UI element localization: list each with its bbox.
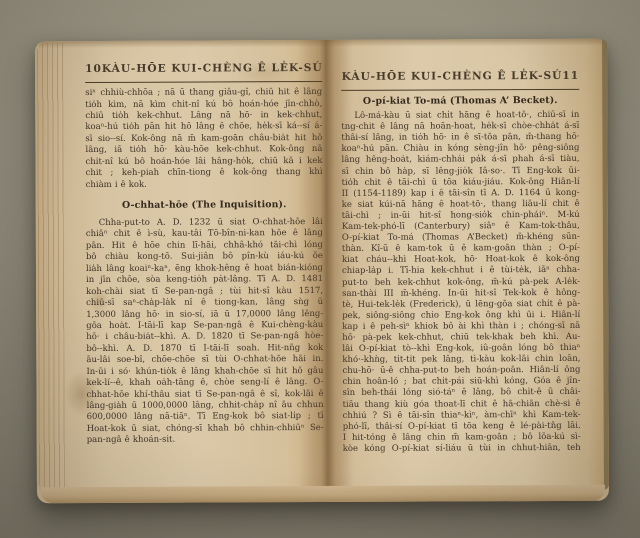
text-line: hō· i châu-bia̍t--khì. A. D. 1820 tī Se-…: [86, 331, 323, 343]
text-line: chiàm i ê kok.: [86, 179, 323, 191]
text-line: sī chin bô ha̍p, sī lêng-jio̍k Iâ-so·. T…: [342, 165, 580, 177]
left-header-rule: [85, 80, 322, 83]
text-line: tio̍h chit ê tāi-chì ū tōa kiáu-jiáu. Ko…: [342, 177, 580, 189]
photo-background: { "colors": { "background": "#8d8879", "…: [0, 0, 640, 538]
left-continuation-paragraph: siⁿ chhiù-chhōa ; nā ū thang giâu-gî, ch…: [85, 87, 322, 191]
text-line: kek-lí--ê, khah oa̍h-tāng ê, chòe seng-l…: [86, 377, 323, 389]
text-line: bô chiàu kong-tō. Sui-jiân bô pîn-kù iáu…: [86, 251, 323, 263]
text-line: kòe kóng O-pí-kiat sí-liáu ū tùi in chhu…: [343, 443, 581, 455]
left-page-edges: [37, 43, 65, 491]
right-running-title: KÀU-HŌE KUI-CHÈNG Ê LE̍K-SÚ: [342, 70, 563, 83]
left-page-number: 10: [85, 63, 102, 75]
right-page-text-column: KÀU-HŌE KUI-CHÈNG Ê LE̍K-SÚ 11 O-pí-kiat…: [341, 70, 581, 455]
right-paragraph: Lô-má-kàu ū siat chi̍t hāng ê hoat-tō·, …: [341, 110, 580, 455]
text-line: I hit-tóng ê lâng chin m̄ kam-goān ; bô …: [343, 432, 581, 444]
text-line: tiāu thang kiù góa thoat-lī chit ê hā-ch…: [343, 398, 581, 410]
text-line: II (1154-1189) kap i ê tāi-sîn tī A. D. …: [342, 188, 580, 200]
right-page-number: 11: [562, 70, 579, 82]
text-line: chhiú ? Sì ê tāi-sîn thiaⁿ-kìⁿ, àm-chīⁿ …: [343, 409, 581, 421]
text-line: pek, siông-siông chio Eng-kok ông khì ūi…: [342, 310, 580, 322]
left-section-heading: O-chhat-hōe (The Inquisition).: [86, 199, 323, 211]
text-line: phó-lī, thâi-sí O-pí-kiat tī tōa keng ê …: [343, 421, 581, 433]
text-line: Hoat-kok ū siat, chóng-sī khah bô chhin-…: [87, 423, 324, 435]
right-cover-edge: [602, 40, 609, 490]
left-running-title: KÀU-HŌE KUI-CHÈNG Ê LE̍K-SÚ: [102, 62, 323, 75]
text-line: āu-lâi soe-bî, chōe-chōe sī tùi O-chhat-…: [86, 354, 323, 366]
text-line: san-thài III m̄-khéng. In-ūi hit-sî Tek-…: [342, 287, 580, 299]
text-line: koaⁿ-hú tio̍h pān hit hō lâng ê chōe, he…: [85, 121, 322, 133]
text-line: tio̍h kìm, nā kìm chi̍t-nî kú bô hoán-hó…: [85, 99, 322, 111]
open-book: 10 KÀU-HŌE KUI-CHÈNG Ê LE̍K-SÚ siⁿ chhiù…: [35, 39, 609, 503]
text-line: tè, Hui-tek-le̍k (Frederick), ū lēng-gōa…: [342, 299, 580, 311]
text-line: put-to beh kek-chhut kok-ông, m̄-kú pà-p…: [342, 276, 580, 288]
text-line: 600,0000 lâng nā-tiāⁿ. Tī Eng-kok bô sia…: [87, 411, 324, 423]
text-line: in jīn chōe, sòa keng-tio̍h pa̍t-lâng. T…: [86, 274, 323, 286]
right-header-rule: [341, 88, 579, 91]
text-line: chiū-sī saⁿ-cha̍p-la̍k nî ê tiong-kan, l…: [86, 297, 323, 309]
text-line: pan-ngâ ê khoán-sit.: [87, 434, 324, 446]
text-line: lâng hêng-hoa̍t, kiám-chhái pa̍k á-sī ph…: [341, 154, 579, 166]
text-line: lâng, iā tio̍h hō· kàu-hōe kek-chhut. Ko…: [85, 144, 322, 156]
left-paragraph: Chha-put-to A. D. 1232 ū siat O-chhat-hō…: [86, 217, 324, 447]
right-running-header: KÀU-HŌE KUI-CHÈNG Ê LE̍K-SÚ 11: [341, 70, 579, 86]
text-line: 1,3000 lâng hō· in sio-sí, iā ū 17,0000 …: [86, 309, 323, 321]
text-line: sîn beh-thái lóng sió-táⁿ ê lâng, bô chi…: [343, 387, 581, 399]
left-page-text-column: 10 KÀU-HŌE KUI-CHÈNG Ê LE̍K-SÚ siⁿ chhiù…: [85, 62, 324, 447]
text-line: siⁿ chhiù-chhōa ; nā ū thang giâu-gî, ch…: [85, 87, 322, 99]
right-section-heading: O-pí-kiat To-má (Thomas A’ Becket).: [341, 95, 579, 107]
text-line: chit ; keh-piah chīn-tiong ê kok-ông tha…: [86, 167, 323, 179]
left-running-header: 10 KÀU-HŌE KUI-CHÈNG Ê LE̍K-SÚ: [85, 62, 322, 78]
text-line: chiap-la̍p i. Tī-hia kek-chhut i ê tùi-t…: [342, 265, 580, 277]
text-line: chiâⁿ chit ê ì-sù, kau-tâi Tō-bîn-ni-kan…: [86, 228, 323, 240]
bottom-page-edges: [41, 485, 605, 503]
